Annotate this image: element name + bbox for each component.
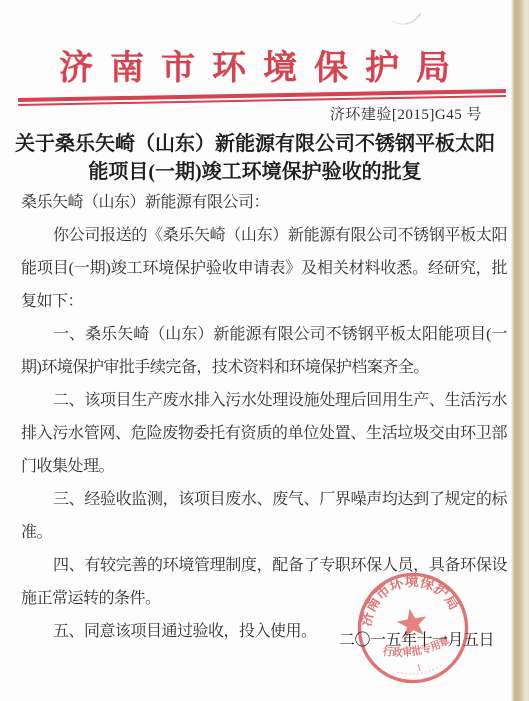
agency-name: 济南市环境保护局 — [0, 40, 509, 89]
page-edge — [509, 0, 529, 701]
scan-artifact — [392, 6, 422, 28]
paragraph-item-3: 三、经验收监测，该项目废水、废气、厂界噪声均达到了规定的标准。 — [21, 483, 507, 549]
document-date: 二〇一五年十一月五日 — [339, 627, 494, 650]
document-page: 济南市环境保护局 济环建验[2015]G45 号 关于桑乐矢崎（山东）新能源有限… — [0, 0, 529, 701]
paragraph-item-1: 一、桑乐矢崎（山东）新能源有限公司不锈钢平板太阳能项目(一期)环境保护审批手续完… — [21, 318, 507, 384]
document-number: 济环建验[2015]G45 号 — [330, 103, 482, 124]
document-title-line1: 关于桑乐矢崎（山东）新能源有限公司不锈钢平板太阳 — [15, 133, 495, 155]
salutation: 桑乐矢崎（山东）新能源有限公司： — [21, 186, 507, 219]
paragraph-intro: 你公司报送的《桑乐矢崎（山东）新能源有限公司不锈钢平板太阳能项目(一期)竣工环境… — [21, 219, 507, 318]
paragraph-item-2: 二、该项目生产废水排入污水处理设施处理后回用生产、生活污水排入污水管网、危险废物… — [21, 384, 507, 483]
document-title-line2: 能项目(一期)竣工环境保护验收的批复 — [88, 161, 421, 183]
document-title: 关于桑乐矢崎（山东）新能源有限公司不锈钢平板太阳 能项目(一期)竣工环境保护验收… — [10, 130, 500, 186]
